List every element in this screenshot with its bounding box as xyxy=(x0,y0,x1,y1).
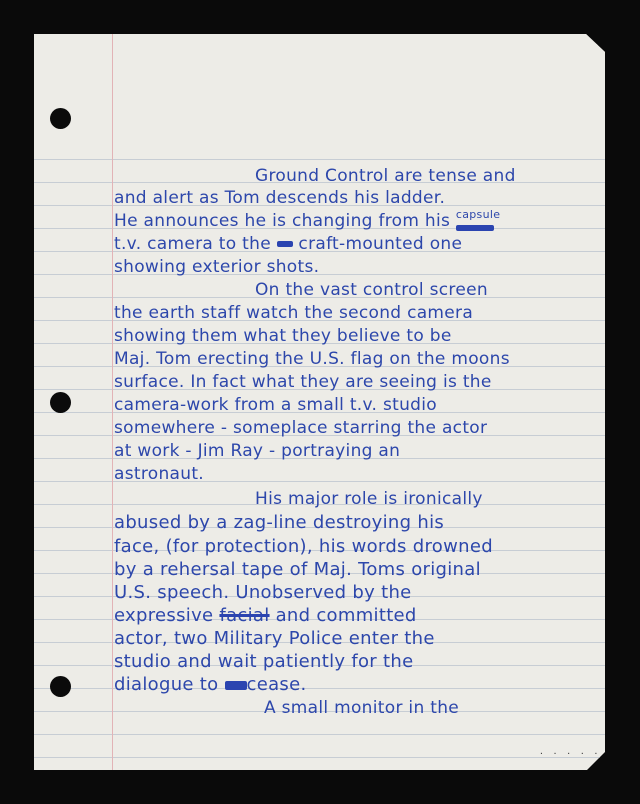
text-span: showing them what they believe to be xyxy=(114,326,452,346)
text-span: A small monitor in the xyxy=(264,698,459,718)
text-line: A small monitor in the xyxy=(264,698,459,718)
red-margin-line xyxy=(112,34,113,770)
text-span: surface. In fact what they are seeing is… xyxy=(114,372,492,392)
scribbled-out-word xyxy=(456,225,494,231)
text-span: Ground Control are tense and xyxy=(255,166,516,186)
text-line: showing exterior shots. xyxy=(114,257,319,277)
text-span: actor, two Military Police enter the xyxy=(114,628,435,649)
text-span: dialogue to xyxy=(114,674,218,695)
text-line: His major role is ironically xyxy=(255,489,483,509)
scribbled-out-word xyxy=(277,241,293,247)
text-line: somewhere - someplace starring the actor xyxy=(114,418,487,438)
text-line: Ground Control are tense and xyxy=(255,166,516,186)
text-span: and alert as Tom descends his ladder. xyxy=(114,188,445,208)
text-span: the earth staff watch the second camera xyxy=(114,303,473,323)
text-span: Maj. Tom erecting the U.S. flag on the m… xyxy=(114,349,510,369)
text-line: expressive facial and committed xyxy=(114,605,417,626)
inserted-word: capsule xyxy=(456,208,500,221)
text-line: camera-work from a small t.v. studio xyxy=(114,395,437,415)
text-line: surface. In fact what they are seeing is… xyxy=(114,372,492,392)
text-line: On the vast control screen xyxy=(255,280,488,300)
text-line: and alert as Tom descends his ladder. xyxy=(114,188,445,208)
text-span: face, (for protection), his words drowne… xyxy=(114,536,493,557)
text-line: at work - Jim Ray - portraying an xyxy=(114,441,400,461)
punch-hole-middle xyxy=(50,392,71,413)
text-line: showing them what they believe to be xyxy=(114,326,452,346)
text-line: astronaut. xyxy=(114,464,204,484)
text-line: actor, two Military Police enter the xyxy=(114,628,435,649)
text-span: studio and wait patiently for the xyxy=(114,651,413,672)
punch-hole-top xyxy=(50,108,71,129)
text-span: somewhere - someplace starring the actor xyxy=(114,418,487,438)
footer-marks: . . . . . xyxy=(539,747,600,756)
text-line: U.S. speech. Unobserved by the xyxy=(114,582,412,603)
text-span: showing exterior shots. xyxy=(114,257,319,277)
text-line: studio and wait patiently for the xyxy=(114,651,413,672)
text-span: astronaut. xyxy=(114,464,204,484)
text-line: face, (for protection), his words drowne… xyxy=(114,536,493,557)
top-margin xyxy=(34,34,605,137)
text-span: camera-work from a small t.v. studio xyxy=(114,395,437,415)
text-line: abused by a zag-line destroying his xyxy=(114,512,444,533)
punch-hole-bottom xyxy=(50,676,71,697)
text-line: He announces he is changing from his cap… xyxy=(114,211,500,231)
scribbled-out-word xyxy=(225,681,247,690)
capsule-insertion: capsule xyxy=(456,211,500,231)
text-span: He announces he is changing from his xyxy=(114,211,450,231)
text-line: Maj. Tom erecting the U.S. flag on the m… xyxy=(114,349,510,369)
text-line: by a rehersal tape of Maj. Toms original xyxy=(114,559,481,580)
text-span: His major role is ironically xyxy=(255,489,483,509)
text-line: dialogue to cease. xyxy=(114,674,307,695)
text-span: t.v. camera to the xyxy=(114,234,271,254)
text-span: On the vast control screen xyxy=(255,280,488,300)
struck-word: facial xyxy=(219,605,269,626)
text-span: craft-mounted one xyxy=(298,234,462,254)
text-span: and committed xyxy=(276,605,417,626)
text-span: by a rehersal tape of Maj. Toms original xyxy=(114,559,481,580)
text-span: U.S. speech. Unobserved by the xyxy=(114,582,412,603)
text-line: the earth staff watch the second camera xyxy=(114,303,473,323)
text-span: cease. xyxy=(247,674,307,695)
notebook-paper: Ground Control are tense and and alert a… xyxy=(34,34,605,770)
text-span: expressive xyxy=(114,605,213,626)
text-line: t.v. camera to the craft-mounted one xyxy=(114,234,462,254)
text-span: abused by a zag-line destroying his xyxy=(114,512,444,533)
text-span: at work - Jim Ray - portraying an xyxy=(114,441,400,461)
